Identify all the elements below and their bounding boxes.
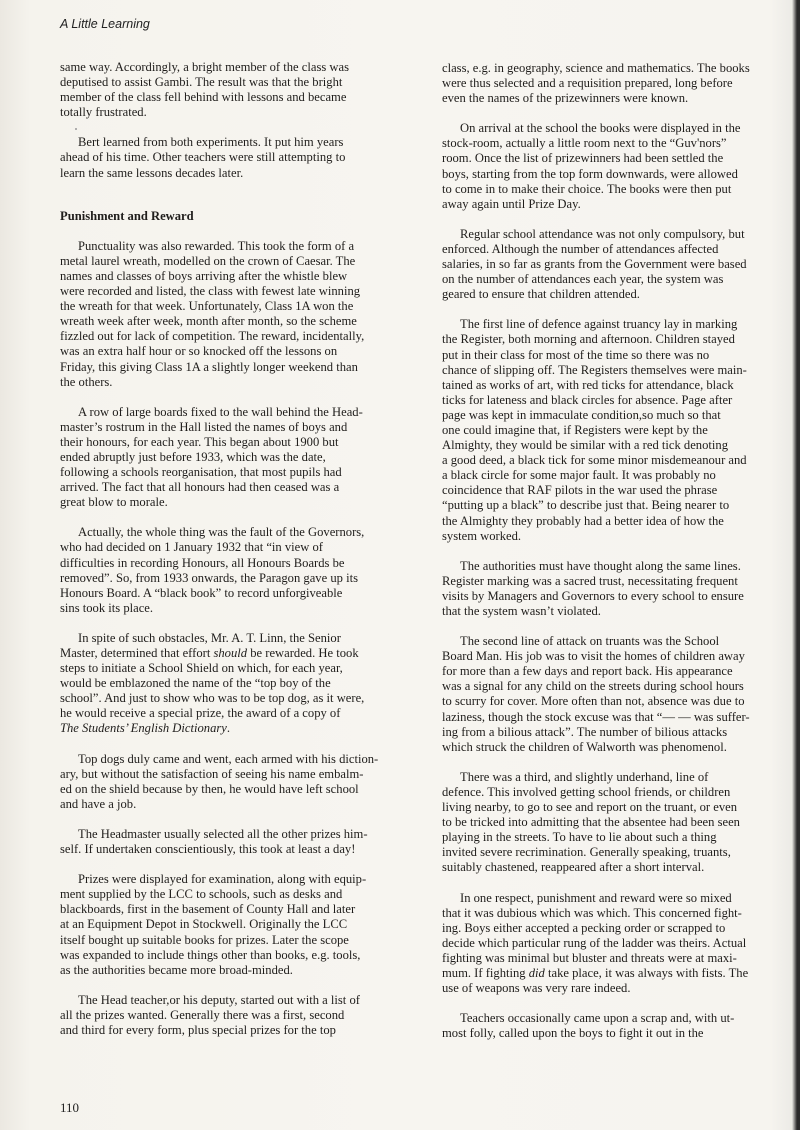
text-line: ed on the shield because by then, he wou… [60,782,422,797]
paragraph: class, e.g. in geography, science and ma… [442,61,794,106]
text-line: The Headmaster usually selected all the … [60,827,422,842]
text-line: decide which particular rung of the ladd… [442,936,794,951]
left-column: same way. Accordingly, a bright member o… [60,60,422,1053]
paragraph: The Head teacher,or his deputy, started … [60,993,422,1038]
text-line: sins took its place. [60,601,422,616]
text-line: There was a third, and slightly underhan… [442,770,794,785]
text-line: which struck the children of Walworth wa… [442,740,794,755]
text-line: itself bought up suitable books for priz… [60,933,422,948]
text-line: would be emblazoned the name of the “top… [60,676,422,691]
text-line: Punctuality was also rewarded. This took… [60,239,422,254]
text-line: system worked. [442,529,794,544]
text-line: In one respect, punishment and reward we… [442,891,794,906]
text-line: invited severe recrimination. Generally … [442,845,794,860]
right-column: class, e.g. in geography, science and ma… [442,61,794,1056]
paragraph: The second line of attack on truants was… [442,634,794,755]
text-line: ing from a bilious attack”. The number o… [442,725,794,740]
text-line: Prizes were displayed for examination, a… [60,872,422,887]
text-line: were thus selected and a requisition pre… [442,76,794,91]
text-line: Actually, the whole thing was the fault … [60,525,422,540]
text-line: The Students’ English Dictionary. [60,721,422,736]
text-line: who had decided on 1 January 1932 that “… [60,540,422,555]
text-line: the Register, both morning and afternoon… [442,332,794,347]
text-line: great blow to morale. [60,495,422,510]
text-line: following a schools reorganisation, that… [60,465,422,480]
text-line: mum. If fighting did take place, it was … [442,966,794,981]
text-line: a good deed, a black tick for some minor… [442,453,794,468]
text-line: Almighty, they would be similar with a r… [442,438,794,453]
text-line: as the authorities became more broad-min… [60,963,422,978]
text-line: was an extra half hour or so knocked off… [60,344,422,359]
section-heading: Punishment and Reward [60,209,422,224]
paragraph: Prizes were displayed for examination, a… [60,872,422,978]
text-line: The first line of defence against truanc… [442,317,794,332]
text-line: difficulties in recording Honours, all H… [60,556,422,571]
paragraph: The first line of defence against truanc… [442,317,794,543]
text-line: ment supplied by the LCC to schools, suc… [60,887,422,902]
paragraph: Actually, the whole thing was the fault … [60,525,422,616]
text-line: member of the class fell behind with les… [60,90,422,105]
text-line: on the number of attendances each year, … [442,272,794,287]
text-line: wreath week after week, month after mont… [60,314,422,329]
text-line: ticks for lateness and black circles for… [442,393,794,408]
paragraph: same way. Accordingly, a bright member o… [60,60,422,120]
text-line: The authorities must have thought along … [442,559,794,574]
paragraph: The authorities must have thought along … [442,559,794,619]
page-number: 110 [60,1100,79,1116]
paragraph: Top dogs duly came and went, each armed … [60,752,422,812]
text-line: school”. And just to show who was to be … [60,691,422,706]
text-line: and third for every form, plus special p… [60,1023,422,1038]
text-line: visits by Managers and Governors to ever… [442,589,794,604]
text-line: to scurry for cover. More often than not… [442,694,794,709]
text-line: In spite of such obstacles, Mr. A. T. Li… [60,631,422,646]
text-line: A row of large boards fixed to the wall … [60,405,422,420]
text-line: master’s rostrum in the Hall listed the … [60,420,422,435]
text-line: laziness, though the stock excuse was th… [442,710,794,725]
text-line: ary, but without the satisfaction of see… [60,767,422,782]
book-page: A Little Learning same way. Accordingly,… [0,0,800,1130]
paragraph: There was a third, and slightly underhan… [442,770,794,876]
text-line: playing in the streets. To have to lie a… [442,830,794,845]
text-line: Friday, this giving Class 1A a slightly … [60,360,422,375]
text-line: even the names of the prizewinners were … [442,91,794,106]
text-line: to be tricked into admitting that the ab… [442,815,794,830]
text-line: put in their class for most of the time … [442,348,794,363]
text-line: and have a job. [60,797,422,812]
text-line: living nearby, to go to see and report o… [442,800,794,815]
text-line: metal laurel wreath, modelled on the cro… [60,254,422,269]
text-line: Top dogs duly came and went, each armed … [60,752,422,767]
text-line: room. Once the list of prizewinners had … [442,151,794,166]
text-line: class, e.g. in geography, science and ma… [442,61,794,76]
text-line: away again until Prize Day. [442,197,794,212]
text-line: coincidence that RAF pilots in the war u… [442,483,794,498]
paragraph: A row of large boards fixed to the wall … [60,405,422,511]
text-line: their honours, for each year. This began… [60,435,422,450]
text-line: suitably chastened, reappeared after a s… [442,860,794,875]
text-line: a black circle for some major fault. It … [442,468,794,483]
text-line: deputised to assist Gambi. The result wa… [60,75,422,90]
paragraph: In spite of such obstacles, Mr. A. T. Li… [60,631,422,737]
text-line: were recorded and listed, the class with… [60,284,422,299]
text-line: same way. Accordingly, a bright member o… [60,60,422,75]
paragraph: Regular school attendance was not only c… [442,227,794,302]
text-line: Teachers occasionally came upon a scrap … [442,1011,794,1026]
text-line: geared to ensure that children attended. [442,287,794,302]
text-line: one could imagine that, if Registers wer… [442,423,794,438]
text-line: most folly, called upon the boys to figh… [442,1026,794,1041]
text-line: The second line of attack on truants was… [442,634,794,649]
text-line: to come in to make their choice. The boo… [442,182,794,197]
text-line: enforced. Although the number of attenda… [442,242,794,257]
text-line: “putting up a black” to describe just th… [442,498,794,513]
text-line: self. If undertaken conscientiously, thi… [60,842,422,857]
paragraph: Bert learned from both experiments. It p… [60,135,422,180]
paragraph: In one respect, punishment and reward we… [442,891,794,997]
text-line: removed”. So, from 1933 onwards, the Par… [60,571,422,586]
paragraph: Teachers occasionally came upon a scrap … [442,1011,794,1041]
text-line: boys, starting from the top form downwar… [442,167,794,182]
text-line: learn the same lessons decades later. [60,166,422,181]
text-line: Master, determined that effort should be… [60,646,422,661]
text-line: totally frustrated. [60,105,422,120]
italic-text: The Students’ English Dictionary [60,721,227,735]
text-line: tained as works of art, with red ticks f… [442,378,794,393]
text-line: ahead of his time. Other teachers were s… [60,150,422,165]
text-line: was expanded to include things other tha… [60,948,422,963]
text-line: The Head teacher,or his deputy, started … [60,993,422,1008]
text-line: Board Man. His job was to visit the home… [442,649,794,664]
text-line: Honours Board. A “black book” to record … [60,586,422,601]
text-line: was a signal for any child on the street… [442,679,794,694]
text-line: the Almighty they probably had a better … [442,514,794,529]
text-line: steps to initiate a School Shield on whi… [60,661,422,676]
italic-text: should [213,646,247,660]
text-line: fighting was minimal but bluster and thr… [442,951,794,966]
text-line: names and classes of boys arriving after… [60,269,422,284]
text-line: for more than a few days and report back… [442,664,794,679]
paragraph: The Headmaster usually selected all the … [60,827,422,857]
text-line: the others. [60,375,422,390]
text-line: Bert learned from both experiments. It p… [60,135,422,150]
text-line: fizzled out for lack of competition. The… [60,329,422,344]
text-line: arrived. The fact that all honours had t… [60,480,422,495]
text-line: stock-room, actually a little room next … [442,136,794,151]
text-line: all the prizes wanted. Generally there w… [60,1008,422,1023]
italic-text: did [529,966,545,980]
text-line: the wreath for that week. Unfortunately,… [60,299,422,314]
text-line: On arrival at the school the books were … [442,121,794,136]
text-line: Register marking was a sacred trust, nec… [442,574,794,589]
text-line: chance of slipping off. The Registers th… [442,363,794,378]
text-line: that it was dubious which was which. Thi… [442,906,794,921]
text-line: use of weapons was very rare indeed. [442,981,794,996]
text-line: he would receive a special prize, the aw… [60,706,422,721]
paragraph: Punctuality was also rewarded. This took… [60,239,422,390]
text-line: page was kept in immaculate condition,so… [442,408,794,423]
running-head: A Little Learning [60,17,150,31]
text-line: blackboards, first in the basement of Co… [60,902,422,917]
text-line: defence. This involved getting school fr… [442,785,794,800]
text-line: ended abruptly just before 1933, which w… [60,450,422,465]
text-line: salaries, in so far as grants from the G… [442,257,794,272]
text-line: at an Equipment Depot in Stockwell. Orig… [60,917,422,932]
text-line: that the system wasn’t violated. [442,604,794,619]
text-line: Regular school attendance was not only c… [442,227,794,242]
paragraph: On arrival at the school the books were … [442,121,794,212]
text-line: ing. Boys either accepted a pecking orde… [442,921,794,936]
